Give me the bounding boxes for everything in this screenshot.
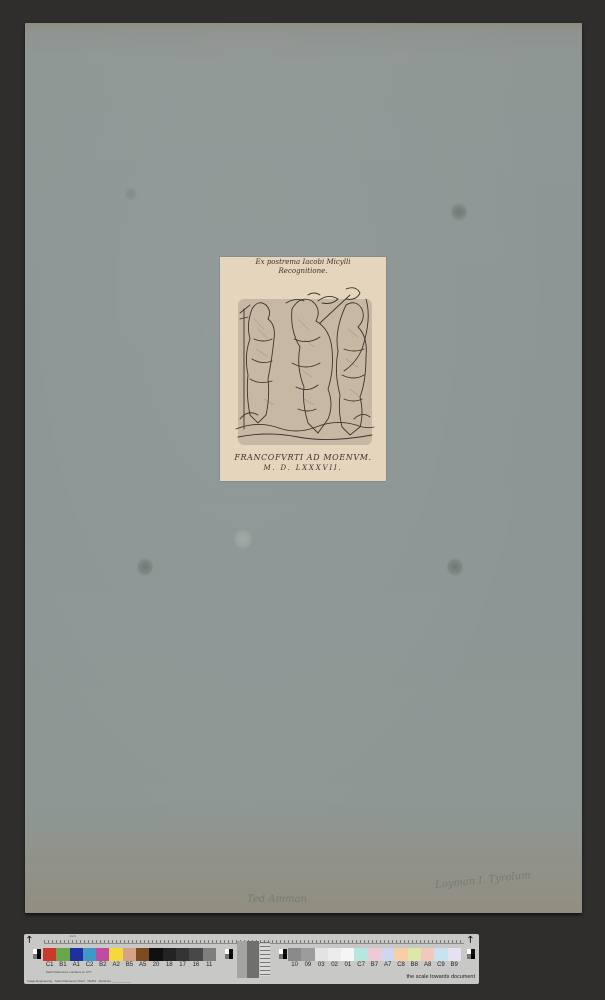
patch-label: 02	[328, 962, 341, 969]
color-patch	[56, 948, 69, 961]
title-page-header: Ex postrema Iacobi Micylli Recognitione.	[220, 258, 386, 276]
checker-patch-left	[33, 949, 41, 959]
patch-label: A1	[70, 962, 83, 969]
patch-label: A2	[109, 962, 122, 969]
patch-label: C2	[83, 962, 96, 969]
patch-label: A5	[136, 962, 149, 969]
mount-mark	[125, 188, 137, 200]
patch-label: A8	[421, 962, 434, 969]
patch-label: A7	[381, 962, 394, 969]
up-arrow-icon: 🡑	[468, 935, 473, 944]
color-patch	[203, 948, 216, 961]
color-calibration-target: 🡑 🡑 inch C1 B1 A1 C2 B2 A2 B5 A5 20 18 1…	[24, 934, 479, 984]
color-patch	[381, 948, 394, 961]
checker-patch-right	[467, 949, 475, 959]
color-patch	[354, 948, 367, 961]
color-patch	[43, 948, 56, 961]
scale-note: the scale towards document	[407, 974, 475, 980]
left-patch-labels: C1 B1 A1 C2 B2 A2 B5 A5 20 18 17 16 11	[43, 962, 216, 969]
patch-label: B2	[96, 962, 109, 969]
pencil-note-left: Ted Amman	[247, 894, 307, 905]
color-patch	[123, 948, 136, 961]
color-patch	[328, 948, 341, 961]
patch-label: B7	[368, 962, 381, 969]
color-patch	[70, 948, 83, 961]
patch-label: B1	[56, 962, 69, 969]
patch-label: C8	[394, 962, 407, 969]
checker-patch-right-inner	[279, 949, 287, 959]
grey-step-block	[237, 941, 259, 978]
header-line-2: Recognitione.	[220, 267, 386, 276]
color-patch	[136, 948, 149, 961]
title-page-fragment: Ex postrema Iacobi Micylli Recognitione.	[220, 257, 386, 481]
imprint-date: M. D. LXXXVII.	[220, 464, 386, 472]
woodcut-illustration	[234, 279, 376, 449]
patch-label: 10	[288, 962, 301, 969]
color-patch	[421, 948, 434, 961]
target-footer: Image Engineering · Scan Reference Chart…	[27, 979, 131, 983]
patch-label: 20	[149, 962, 162, 969]
color-patch	[96, 948, 109, 961]
color-patch	[341, 948, 354, 961]
color-patch	[189, 948, 202, 961]
header-line-1: Ex postrema Iacobi Micylli	[220, 258, 386, 267]
mount-mark	[234, 529, 252, 549]
mount-mark	[137, 558, 153, 576]
color-patch	[408, 948, 421, 961]
mount-mark	[451, 203, 467, 221]
color-patch	[301, 948, 314, 961]
patch-label: 16	[189, 962, 202, 969]
imprint-place: FRANCOFVRTI AD MOENVM.	[220, 453, 386, 462]
right-color-patches	[288, 948, 461, 961]
patch-label: 18	[163, 962, 176, 969]
reference-note: Patch Reference numbers on UTT	[46, 970, 92, 974]
mount-mark	[447, 558, 463, 576]
resolution-patch	[260, 942, 270, 976]
patch-label: 09	[301, 962, 314, 969]
color-patch	[368, 948, 381, 961]
patch-label: B8	[408, 962, 421, 969]
color-patch	[163, 948, 176, 961]
patch-label: 01	[341, 962, 354, 969]
color-patch	[448, 948, 461, 961]
patch-label: C1	[43, 962, 56, 969]
color-patch	[149, 948, 162, 961]
patch-label: 11	[203, 962, 216, 969]
patch-label: 17	[176, 962, 189, 969]
up-arrow-icon: 🡑	[27, 935, 32, 944]
color-patch	[394, 948, 407, 961]
color-patch	[315, 948, 328, 961]
patch-label: 03	[315, 962, 328, 969]
patch-label: B9	[448, 962, 461, 969]
checker-patch-middle	[225, 949, 233, 959]
left-color-patches	[43, 948, 216, 961]
patch-label: B5	[123, 962, 136, 969]
right-patch-labels: 10 09 03 02 01 C7 B7 A7 C8 B8 A8 C9 B9	[288, 962, 461, 969]
color-patch	[434, 948, 447, 961]
color-patch	[288, 948, 301, 961]
ruler-unit-label: inch	[70, 934, 76, 938]
color-patch	[176, 948, 189, 961]
color-patch	[109, 948, 122, 961]
color-patch	[83, 948, 96, 961]
patch-label: C7	[354, 962, 367, 969]
patch-label: C9	[434, 962, 447, 969]
pencil-note-right: Loyman I. Tyrolum	[435, 870, 532, 891]
